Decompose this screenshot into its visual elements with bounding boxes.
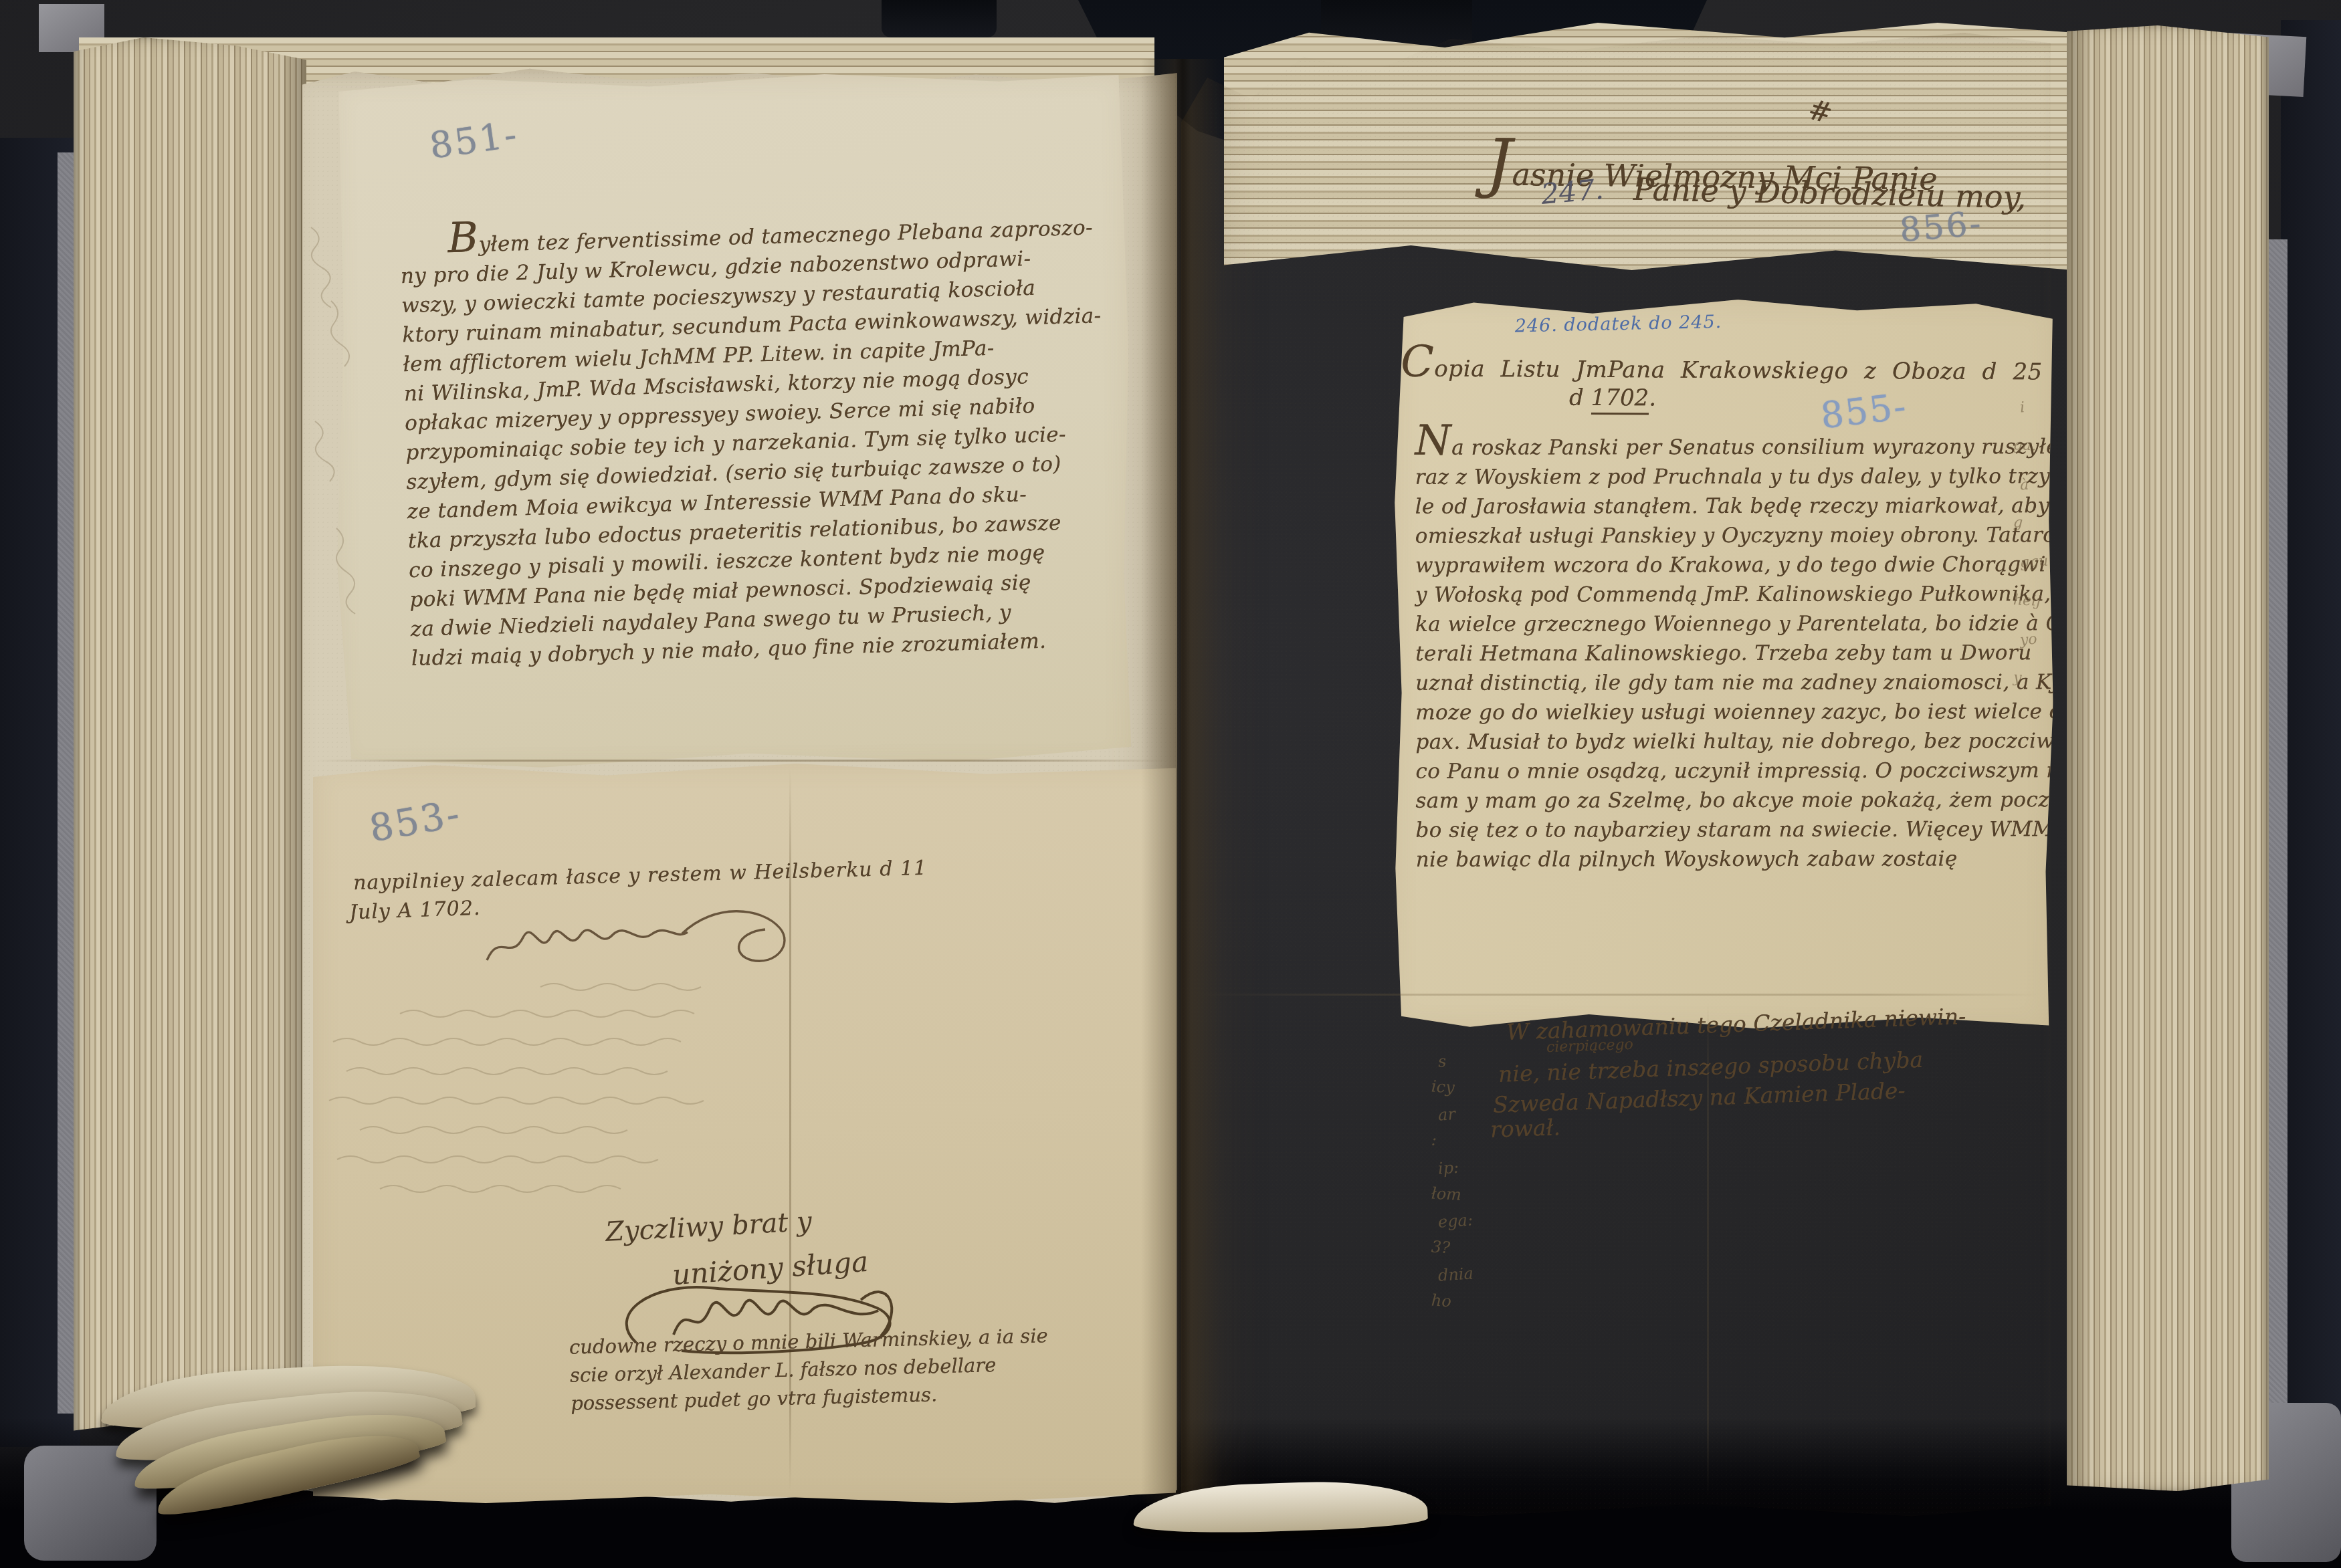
letter-853-closing-line-2: July A 1702.: [348, 897, 481, 925]
handwritten-line: ggu: [2019, 542, 2049, 583]
handwritten-line: :: [1431, 1127, 1467, 1155]
handwritten-line: heij: [2013, 581, 2043, 621]
handwritten-line: Na roskaz Panski per Senatus consilium w…: [1415, 425, 2044, 463]
pasted-letter-855[interactable]: 246. dodatek do 245. Copia Listu JmPana …: [1391, 298, 2055, 1032]
handwritten-line: nie bawiąc dla pilnych Woyskowych zabaw …: [1416, 844, 2045, 875]
handwritten-line: łom: [1431, 1180, 1467, 1209]
letter-855-body: Na roskaz Panski per Senatus consilium w…: [1415, 425, 2045, 875]
handwritten-line: co Panu o mnie osądzą, uczynił impressią…: [1415, 756, 2044, 786]
handwritten-line: ip:: [1437, 1153, 1474, 1182]
handwritten-line: i: [2019, 387, 2049, 428]
dateline-suffix: .: [1649, 384, 1656, 411]
support-pad-bottom-left: [24, 1446, 157, 1561]
handwritten-line: y Wołoską pod Commendą JmP. Kalinowskieg…: [1415, 579, 2044, 610]
clamp-tab-left: [882, 0, 997, 37]
handwritten-line: omieszkał usługi Panskiey y Oyczyzny moi…: [1415, 520, 2044, 551]
fold-crease: [1707, 1003, 1709, 1498]
handwritten-line: uznał distinctią, ile gdy tam nie ma zad…: [1415, 667, 2044, 698]
cut-off-text-fragments-left: sicyar:ip:łomega:3?dniaho: [1433, 1047, 1468, 1315]
handwritten-line: bo się tez o to naybarziey staram na swi…: [1416, 814, 2045, 845]
dateline-year: 1702: [1591, 384, 1649, 415]
letter-851-body: Byłem tez ferventissime od tamecznego Pl…: [399, 206, 1094, 673]
handwritten-line: g: [2013, 503, 2043, 544]
book-cover-right: [2281, 20, 2341, 1488]
handwritten-line: icy: [1431, 1073, 1467, 1102]
page-crease: [314, 760, 1170, 762]
handwritten-line: y: [2013, 659, 2043, 699]
folio-number-247: 247.: [1540, 173, 1605, 211]
handwritten-line: ga.: [2013, 426, 2043, 466]
page-number-856: 856-: [1898, 204, 1984, 250]
lower-fragment-line-4: rował.: [1490, 1114, 1560, 1143]
manuscript-book-photo: 851- Byłem tez ferventissime od tameczne…: [0, 0, 2341, 1568]
page-stack-fore-edge-left: [74, 37, 306, 1439]
handwritten-line: ho: [1431, 1287, 1467, 1316]
handwritten-line: le od Jarosławia stanąłem. Tak będę rzec…: [1415, 491, 2044, 522]
handwritten-line: ega:: [1437, 1206, 1474, 1236]
letter-855-dateline: d 1702.: [1569, 384, 1656, 412]
letter-855-heading: Copia Listu JmPana Krakowskiego z Oboza …: [1401, 336, 2111, 390]
handwritten-line: ar: [1437, 1099, 1474, 1129]
handwritten-line: pax. Musiał to bydz wielki hultay, nie d…: [1415, 726, 2044, 757]
handwritten-line: raz z Woyskiem z pod Pruchnala y tu dys …: [1415, 461, 2044, 492]
handwritten-line: dnia: [1437, 1260, 1474, 1289]
handwritten-line: terali Hetmana Kalinowskiego. Trzeba zeb…: [1415, 638, 2044, 669]
archival-note-blue: 246. dodatek do 245.: [1514, 312, 1722, 336]
bleed-through-ghost-text: [320, 978, 761, 1212]
handwritten-line: moze go do wielkiey usługi woienney zazy…: [1415, 697, 2044, 727]
page-stack-fore-edge-right: [2067, 25, 2269, 1491]
fold-crease: [1197, 994, 2040, 996]
gutter-shadow: [1141, 59, 1221, 1503]
handwritten-line: yo: [2019, 620, 2049, 661]
handwritten-line: ka wielce grzecznego Woiennego y Parente…: [1415, 608, 2044, 639]
cut-off-text-fragments-right: iga.àggguheijyoy: [2015, 388, 2043, 698]
handwritten-line: à: [2019, 465, 2049, 506]
handwritten-line: s: [1437, 1046, 1474, 1075]
ink-paraph-flourish: [482, 896, 803, 983]
interlinear-insertion: cierpiącego: [1546, 1036, 1634, 1056]
handwritten-line: wyprawiłem wczora do Krakowa, y do tego …: [1415, 550, 2044, 580]
handwritten-line: sam y mam go za Szelmę, bo akcye moie po…: [1415, 785, 2044, 816]
marginal-ghost-writing: [304, 221, 378, 649]
handwritten-line: 3?: [1431, 1234, 1467, 1262]
postscript-block: cudowne rzeczy o mnie bili Warminskiey, …: [569, 1321, 1050, 1417]
dateline-prefix: d: [1569, 384, 1591, 411]
